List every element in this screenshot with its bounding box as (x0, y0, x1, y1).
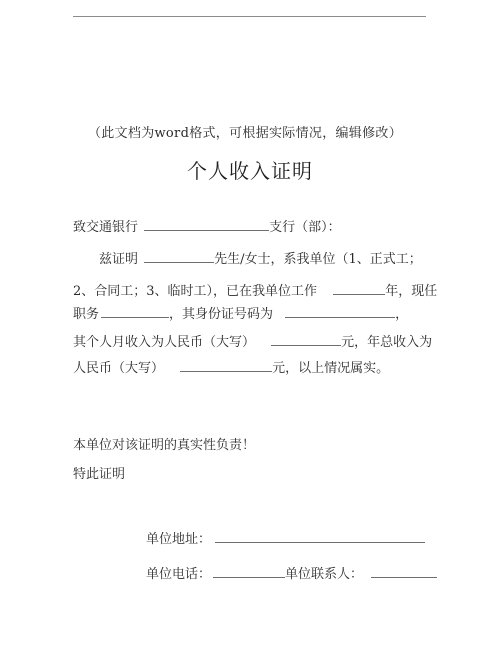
monthly-income-blank[interactable] (271, 333, 341, 346)
address-line: 单位地址： (146, 530, 425, 548)
employment-type-line: 2、合同工；3、临时工），已在我单位工作 年，现任 (73, 282, 437, 300)
monthly-income-suffix: 元，年总收入为 (341, 335, 432, 350)
annual-income-blank[interactable] (180, 359, 272, 372)
addressee-line: 致交通银行 支行（部）： (73, 218, 341, 236)
responsibility-statement: 本单位对该证明的真实性负责！ (73, 438, 255, 454)
contact-person-blank[interactable] (371, 565, 437, 578)
id-number-blank[interactable] (285, 305, 395, 318)
position-middle: ，其身份证号码为 (169, 307, 273, 322)
addressee-suffix: 支行（部）： (269, 220, 341, 235)
phone-label: 单位电话： (146, 567, 211, 582)
position-blank[interactable] (101, 305, 169, 318)
years-employed-blank[interactable] (333, 282, 385, 295)
monthly-income-prefix: 其个人月收入为人民币（大写） (73, 335, 255, 350)
closing-statement: 特此证明 (73, 467, 125, 483)
phone-contact-line: 单位电话：单位联系人： (146, 565, 437, 583)
header-rule (73, 16, 426, 17)
annual-income-suffix: 元，以上情况属实。 (272, 361, 389, 376)
position-prefix: 职务 (73, 307, 99, 322)
editable-note: （此文档为word格式，可根据实际情况，编辑修改） (88, 126, 402, 142)
position-suffix: ， (395, 307, 408, 322)
employment-type-suffix: 年，现任 (385, 284, 437, 299)
employee-name-blank[interactable] (144, 250, 214, 263)
monthly-income-line: 其个人月收入为人民币（大写） 元，年总收入为 (73, 333, 432, 351)
address-blank[interactable] (215, 530, 425, 543)
annual-income-prefix: 人民币（大写） (73, 361, 164, 376)
certify-line: 兹证明 先生/女士，系我单位（1、正式工； (99, 250, 422, 268)
certify-suffix: 先生/女士，系我单位（1、正式工； (214, 252, 422, 267)
annual-income-line: 人民币（大写） 元，以上情况属实。 (73, 359, 389, 377)
address-label: 单位地址： (146, 532, 211, 547)
certify-prefix: 兹证明 (99, 252, 138, 267)
addressee-prefix: 致交通银行 (73, 220, 138, 235)
bank-branch-blank[interactable] (144, 218, 269, 231)
position-line: 职务，其身份证号码为 ， (73, 305, 408, 323)
phone-blank[interactable] (213, 565, 285, 578)
employment-type-prefix: 2、合同工；3、临时工），已在我单位工作 (73, 284, 317, 299)
document-title: 个人收入证明 (0, 158, 500, 184)
contact-label: 单位联系人： (285, 567, 363, 582)
